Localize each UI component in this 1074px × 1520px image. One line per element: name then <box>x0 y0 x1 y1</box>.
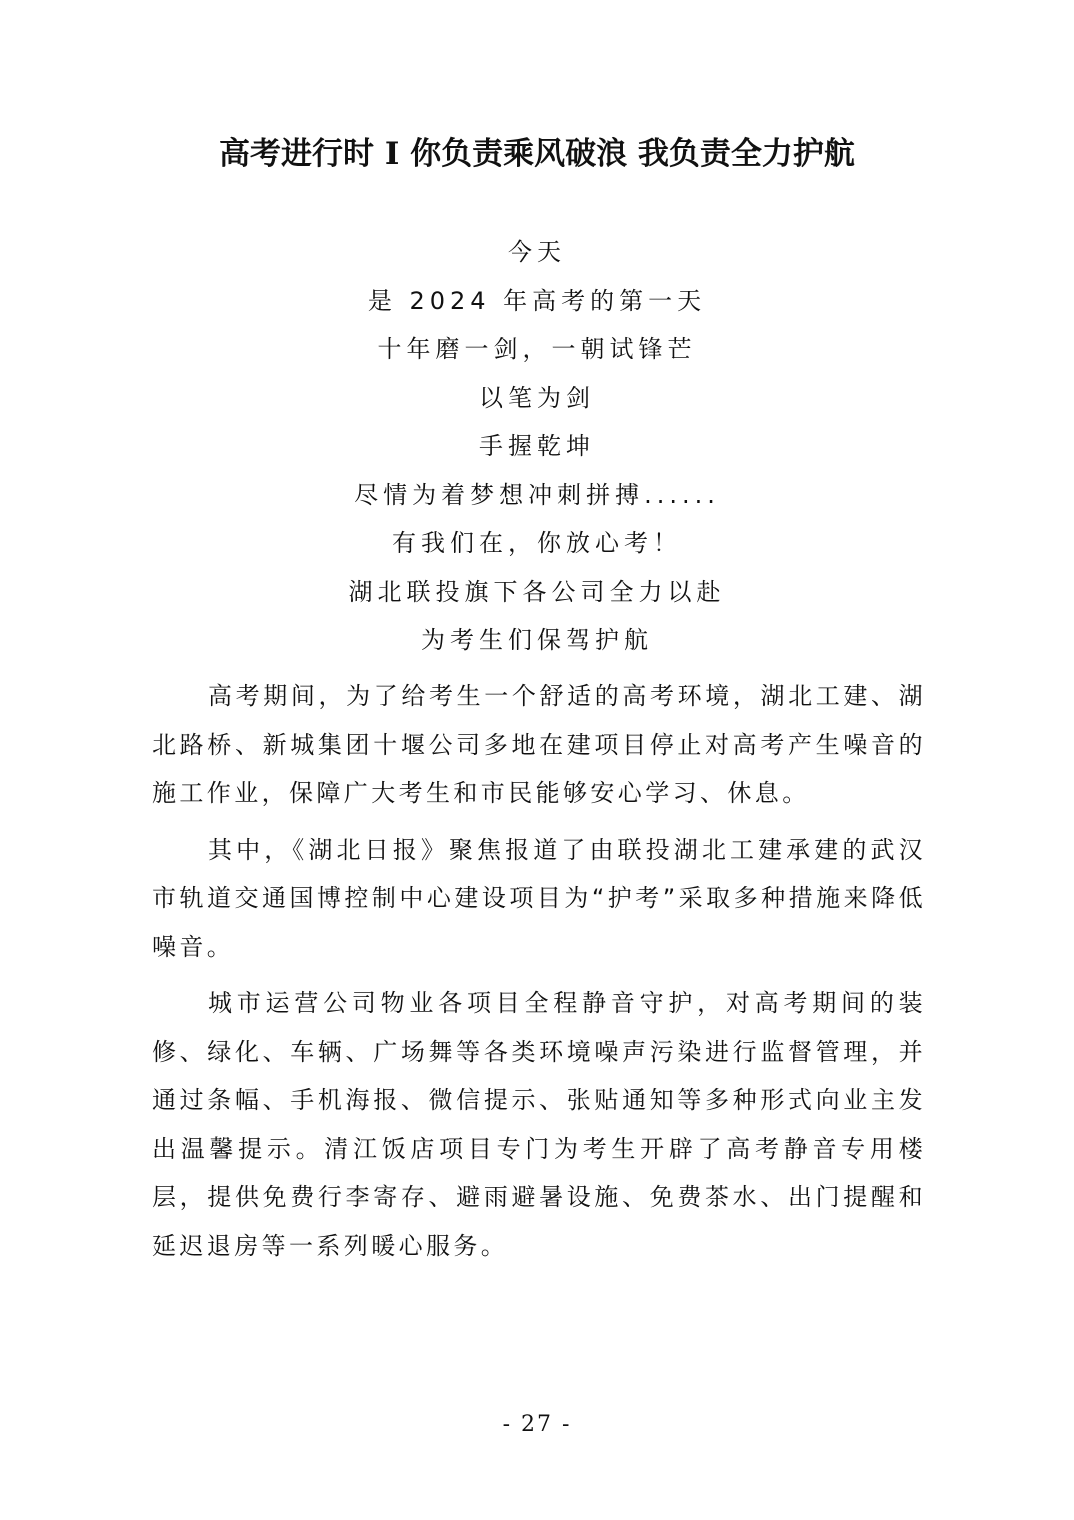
poem-line: 十年磨一剑，一朝试锋芒 <box>0 325 1074 374</box>
article-title: 高考进行时 I 你负责乘风破浪 我负责全力护航 <box>0 130 1074 178</box>
poem-line: 为考生们保驾护航 <box>0 616 1074 665</box>
poem-line: 以笔为剑 <box>0 374 1074 423</box>
article-body: 高考期间，为了给考生一个舒适的高考环境，湖北工建、湖北路桥、新城集团十堰公司多地… <box>152 672 926 1270</box>
paragraph: 高考期间，为了给考生一个舒适的高考环境，湖北工建、湖北路桥、新城集团十堰公司多地… <box>152 672 926 818</box>
poem-block: 今天 是 2024 年高考的第一天 十年磨一剑，一朝试锋芒 以笔为剑 手握乾坤 … <box>0 228 1074 665</box>
paragraph: 城市运营公司物业各项目全程静音守护，对高考期间的装修、绿化、车辆、广场舞等各类环… <box>152 979 926 1270</box>
page-number: - 27 - <box>0 1412 1074 1437</box>
poem-line: 湖北联投旗下各公司全力以赴 <box>0 568 1074 617</box>
paragraph: 其中，《湖北日报》聚焦报道了由联投湖北工建承建的武汉市轨道交通国博控制中心建设项… <box>152 826 926 972</box>
poem-line: 尽情为着梦想冲刺拼搏...... <box>0 471 1074 520</box>
poem-line: 有我们在，你放心考！ <box>0 519 1074 568</box>
poem-line: 手握乾坤 <box>0 422 1074 471</box>
document-page: 高考进行时 I 你负责乘风破浪 我负责全力护航 今天 是 2024 年高考的第一… <box>0 0 1074 1520</box>
poem-line: 今天 <box>0 228 1074 277</box>
poem-line: 是 2024 年高考的第一天 <box>0 277 1074 326</box>
